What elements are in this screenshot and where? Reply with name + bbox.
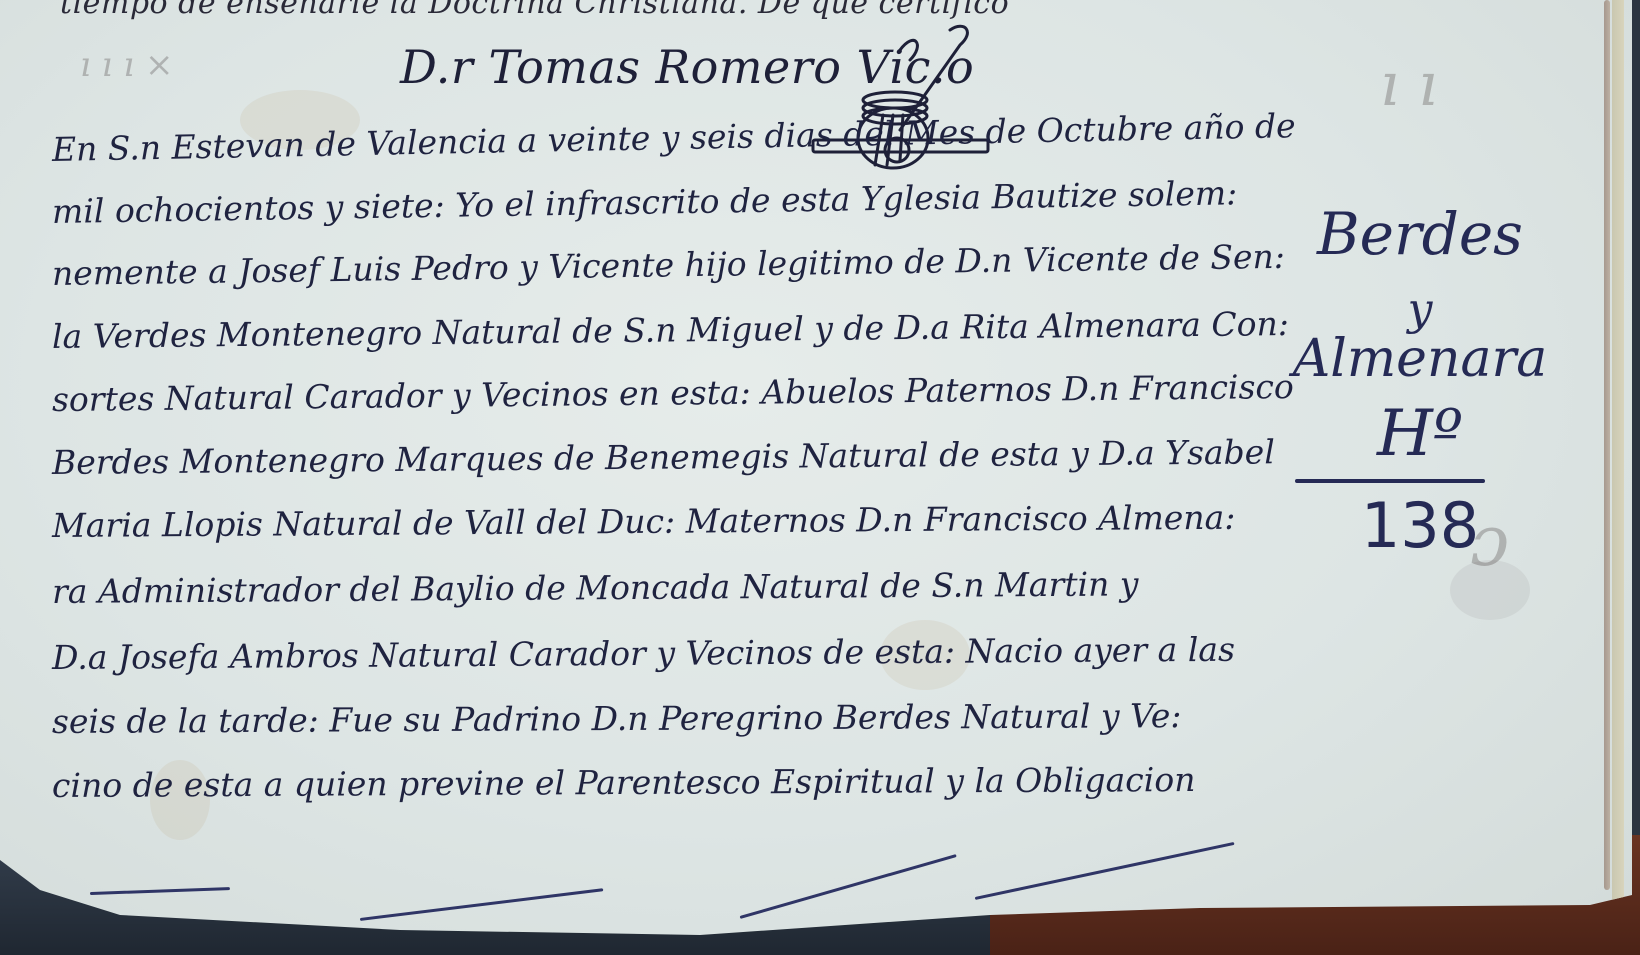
manuscript-page: ı ı ı × ı ı ɔ tiempo de enseñarle la Doc… (0, 0, 1632, 955)
bleed-through-mark: ı ı (1380, 50, 1437, 120)
margin-conjunction: y (1290, 284, 1550, 335)
margin-fraction-bar (1295, 479, 1485, 483)
body-line-2: mil ochocientos y siete: Yo el infrascri… (52, 173, 1238, 231)
body-line-8: ra Administrador del Baylio de Moncada N… (52, 564, 1139, 611)
margin-surname-maternal: Almenara (1290, 329, 1550, 389)
closing-flourish (90, 887, 230, 895)
header-fragment: tiempo de enseñarle la Doctrina Christia… (60, 0, 1009, 21)
adjacent-page-edges (1612, 0, 1624, 900)
closing-flourish (360, 888, 604, 921)
bleed-through-mark: ı ı ı × (80, 45, 174, 85)
body-line-11: cino de esta a quien previne el Parentes… (52, 760, 1196, 805)
body-line-5: sortes Natural Carador y Vecinos en esta… (52, 367, 1294, 419)
page-edge-shadow (1604, 0, 1610, 890)
body-line-6: Berdes Montenegro Marques de Benemegis N… (52, 432, 1275, 482)
margin-annotation: Berdes y Almenara Hº 138 (1290, 190, 1550, 562)
body-line-9: D.a Josefa Ambros Natural Carador y Veci… (52, 630, 1235, 677)
body-line-3: nemente a Josef Luis Pedro y Vicente hij… (52, 237, 1285, 293)
body-line-7: Maria Llopis Natural de Vall del Duc: Ma… (52, 498, 1236, 545)
closing-flourish (740, 854, 957, 919)
closing-flourish (975, 842, 1235, 900)
margin-abbreviation: Hº (1290, 397, 1550, 471)
body-line-1: En S.n Estevan de Valencia a veinte y se… (52, 106, 1296, 169)
margin-surname-paternal: Berdes (1290, 200, 1550, 268)
margin-entry-number: 138 (1290, 489, 1550, 562)
body-line-4: la Verdes Montenegro Natural de S.n Migu… (52, 304, 1289, 356)
body-line-10: seis de la tarde: Fue su Padrino D.n Per… (52, 696, 1182, 741)
